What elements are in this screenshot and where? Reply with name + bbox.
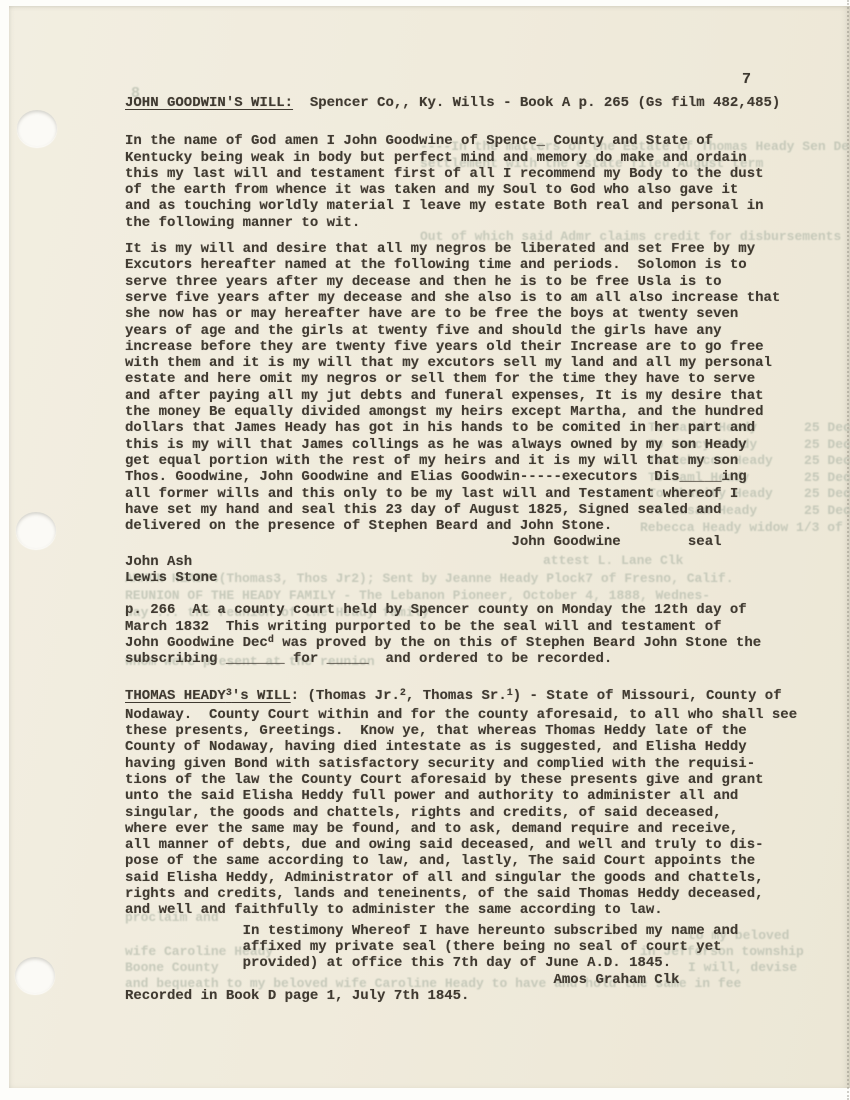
heady-title: THOMAS HEADY3's WILL bbox=[125, 688, 291, 704]
goodwin-title-source: Spencer Co,, Ky. Wills - Book A p. 265 (… bbox=[293, 95, 780, 111]
heady-section-heading: THOMAS HEADY3's WILL: (Thomas Jr.2, Thom… bbox=[125, 688, 831, 704]
heady-lineage-ref-mid: , Thomas Sr. bbox=[406, 688, 507, 704]
heady-title-tail: 's WILL bbox=[232, 688, 291, 704]
probate-lines-1-2: p. 266 At a county court held by Spencer… bbox=[125, 602, 831, 635]
heady-title-name: THOMAS HEADY bbox=[125, 688, 226, 704]
heady-title-colon: : bbox=[291, 688, 299, 704]
probate-line3-text: John Goodwine Dec bbox=[125, 635, 268, 651]
heady-body-paragraph: Nodaway. County Court within and for the… bbox=[125, 707, 831, 919]
heady-closing-block: In testimony Whereof I have hereunto sub… bbox=[125, 923, 831, 1004]
goodwin-paragraph-1: In the name of God amen I John Goodwine … bbox=[125, 133, 831, 231]
probate-line3-text-cont: was proved by the on this of Stephen Bea… bbox=[274, 635, 761, 651]
goodwin-probate-note: p. 266 At a county court held by Spencer… bbox=[125, 602, 831, 667]
typewritten-text: JOHN GOODWIN'S WILL: Spencer Co,, Ky. Wi… bbox=[125, 95, 831, 1004]
goodwin-paragraph-2: It is my will and desire that all my neg… bbox=[125, 241, 831, 551]
heady-lineage-ref: (Thomas Jr. bbox=[299, 688, 400, 704]
goodwin-witnesses: John Ash Lewis Stone bbox=[125, 554, 831, 587]
scanned-document-page: 8 ----In the matters of the Estate of Th… bbox=[0, 0, 850, 1100]
goodwin-title: JOHN GOODWIN'S WILL: bbox=[125, 95, 293, 111]
heady-lineage-ref-post: ) - State of Missouri, County of bbox=[513, 688, 782, 704]
probate-line-4: subscribing _______ for _____ and ordere… bbox=[125, 651, 831, 667]
goodwin-section-heading: JOHN GOODWIN'S WILL: Spencer Co,, Ky. Wi… bbox=[125, 95, 831, 111]
page-number: 7 bbox=[742, 71, 751, 88]
probate-line-3: John Goodwine Decd was proved by the on … bbox=[125, 635, 831, 651]
